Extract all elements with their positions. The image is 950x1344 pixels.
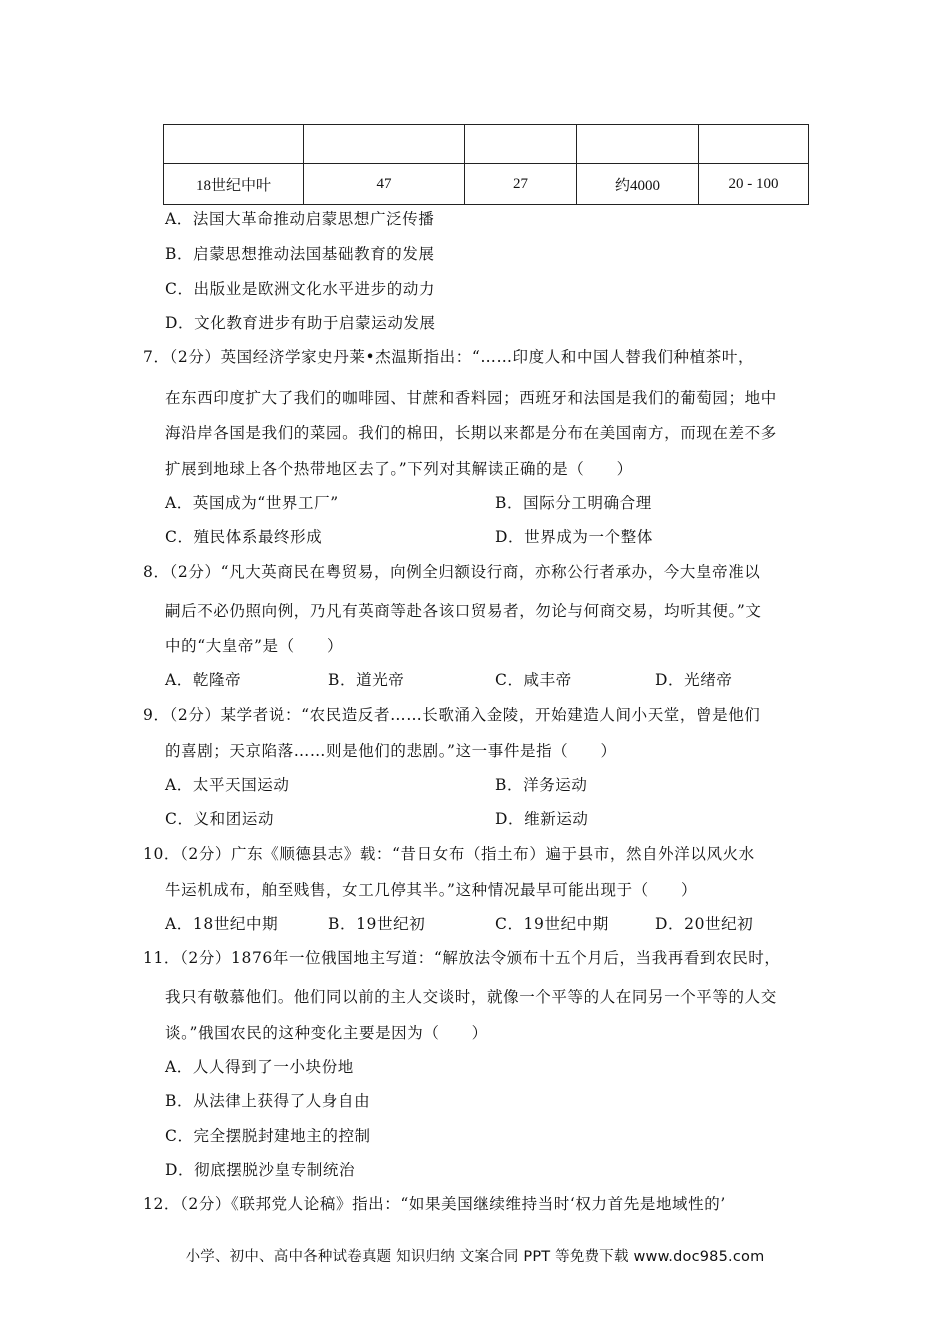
q7-stem-line: 海沿岸各国是我们的菜园。我们的棉田，长期以来都是分布在美国南方，而现在差不多 — [165, 421, 777, 443]
table-cell: 47 — [304, 164, 465, 205]
q11-option-a: A．人人得到了一小块份地 — [165, 1055, 354, 1077]
q7-stem-line: 在东西印度扩大了我们的咖啡园、甘蔗和香料园；西班牙和法国是我们的葡萄园；地中 — [165, 386, 777, 408]
q7-option-a: A．英国成为“世界工厂” — [165, 491, 339, 513]
table-header-row — [164, 125, 809, 164]
q10-option-c: C．19世纪中期 — [495, 912, 609, 934]
q6-option-d: D．文化教育进步有助于启蒙运动发展 — [165, 311, 436, 333]
q9-stem-line: 的喜剧；天京陷落……则是他们的悲剧。”这一事件是指（ ） — [165, 739, 617, 761]
q7-stem-line: 7．（2分）英国经济学家史丹莱•杰温斯指出：“……印度人和中国人替我们种植茶叶， — [143, 345, 754, 367]
q8-option-a: A．乾隆帝 — [165, 668, 241, 690]
q11-stem-line: 我只有敬慕他们。他们同以前的主人交谈时，就像一个平等的人在同另一个平等的人交 — [165, 985, 777, 1007]
q10-option-d: D．20世纪初 — [655, 912, 753, 934]
table-cell: 18世纪中叶 — [164, 164, 304, 205]
q7-option-b: B．国际分工明确合理 — [495, 491, 652, 513]
q9-option-a: A．太平天国运动 — [165, 773, 290, 795]
table-cell: 20 - 100 — [699, 164, 809, 205]
q11-option-d: D．彻底摆脱沙皇专制统治 — [165, 1158, 355, 1180]
q8-stem-line: 中的“大皇帝”是（ ） — [165, 634, 343, 656]
q6-option-a: A．法国大革命推动启蒙思想广泛传播 — [165, 207, 434, 229]
table-cell: 约4000 — [577, 164, 699, 205]
page-footer: 小学、初中、高中各种试卷真题 知识归纳 文案合同 PPT 等免费下载 www.d… — [0, 1245, 950, 1266]
q6-option-c: C．出版业是欧洲文化水平进步的动力 — [165, 277, 435, 299]
table-cell — [465, 125, 577, 164]
table-row: 18世纪中叶 47 27 约4000 20 - 100 — [164, 164, 809, 205]
q11-option-c: C．完全摆脱封建地主的控制 — [165, 1124, 371, 1146]
table-cell — [699, 125, 809, 164]
q9-option-d: D．维新运动 — [495, 807, 589, 829]
q11-stem-line: 谈。”俄国农民的这种变化主要是因为（ ） — [165, 1021, 488, 1043]
q10-stem-line: 牛运机成布，舶至贱售，女工几停其半。”这种情况最早可能出现于（ ） — [165, 878, 697, 900]
table-cell — [164, 125, 304, 164]
q10-option-b: B．19世纪初 — [328, 912, 425, 934]
data-table: 18世纪中叶 47 27 约4000 20 - 100 — [163, 124, 809, 205]
q9-option-b: B．洋务运动 — [495, 773, 588, 795]
exam-page: 18世纪中叶 47 27 约4000 20 - 100 A．法国大革命推动启蒙思… — [0, 0, 950, 1344]
q8-option-c: C．咸丰帝 — [495, 668, 572, 690]
q12-stem-line: 12．（2分）《联邦党人论稿》指出：“如果美国继续维持当时‘权力首先是地域性的’ — [143, 1192, 726, 1214]
table-cell — [304, 125, 465, 164]
q10-option-a: A．18世纪中期 — [165, 912, 278, 934]
q8-option-b: B．道光帝 — [328, 668, 404, 690]
q8-stem-line: 8．（2分）“凡大英商民在粤贸易，向例全归额设行商，亦称公行者承办，今大皇帝准以 — [143, 560, 760, 582]
q9-stem-line: 9．（2分）某学者说：“农民造反者……长歌涌入金陵，开始建造人间小天堂，曾是他们 — [143, 703, 760, 725]
q9-option-c: C．义和团运动 — [165, 807, 274, 829]
q7-stem-line: 扩展到地球上各个热带地区去了。”下列对其解读正确的是（ ） — [165, 457, 633, 479]
table-cell — [577, 125, 699, 164]
q8-option-d: D．光绪帝 — [655, 668, 732, 690]
q11-option-b: B．从法律上获得了人身自由 — [165, 1089, 370, 1111]
q7-option-c: C．殖民体系最终形成 — [165, 525, 322, 547]
q7-option-d: D．世界成为一个整体 — [495, 525, 653, 547]
q11-stem-line: 11．（2分）1876年一位俄国地主写道：“解放法令颁布十五个月后，当我再看到农… — [143, 946, 781, 968]
q8-stem-line: 嗣后不必仍照向例，乃凡有英商等赴各该口贸易者，勿论与何商交易，均听其便。”文 — [165, 599, 761, 621]
table-cell: 27 — [465, 164, 577, 205]
q10-stem-line: 10．（2分）广东《顺德县志》载：“昔日女布（指土布）遍于县市，然自外洋以风火水 — [143, 842, 755, 864]
q6-option-b: B．启蒙思想推动法国基础教育的发展 — [165, 242, 435, 264]
